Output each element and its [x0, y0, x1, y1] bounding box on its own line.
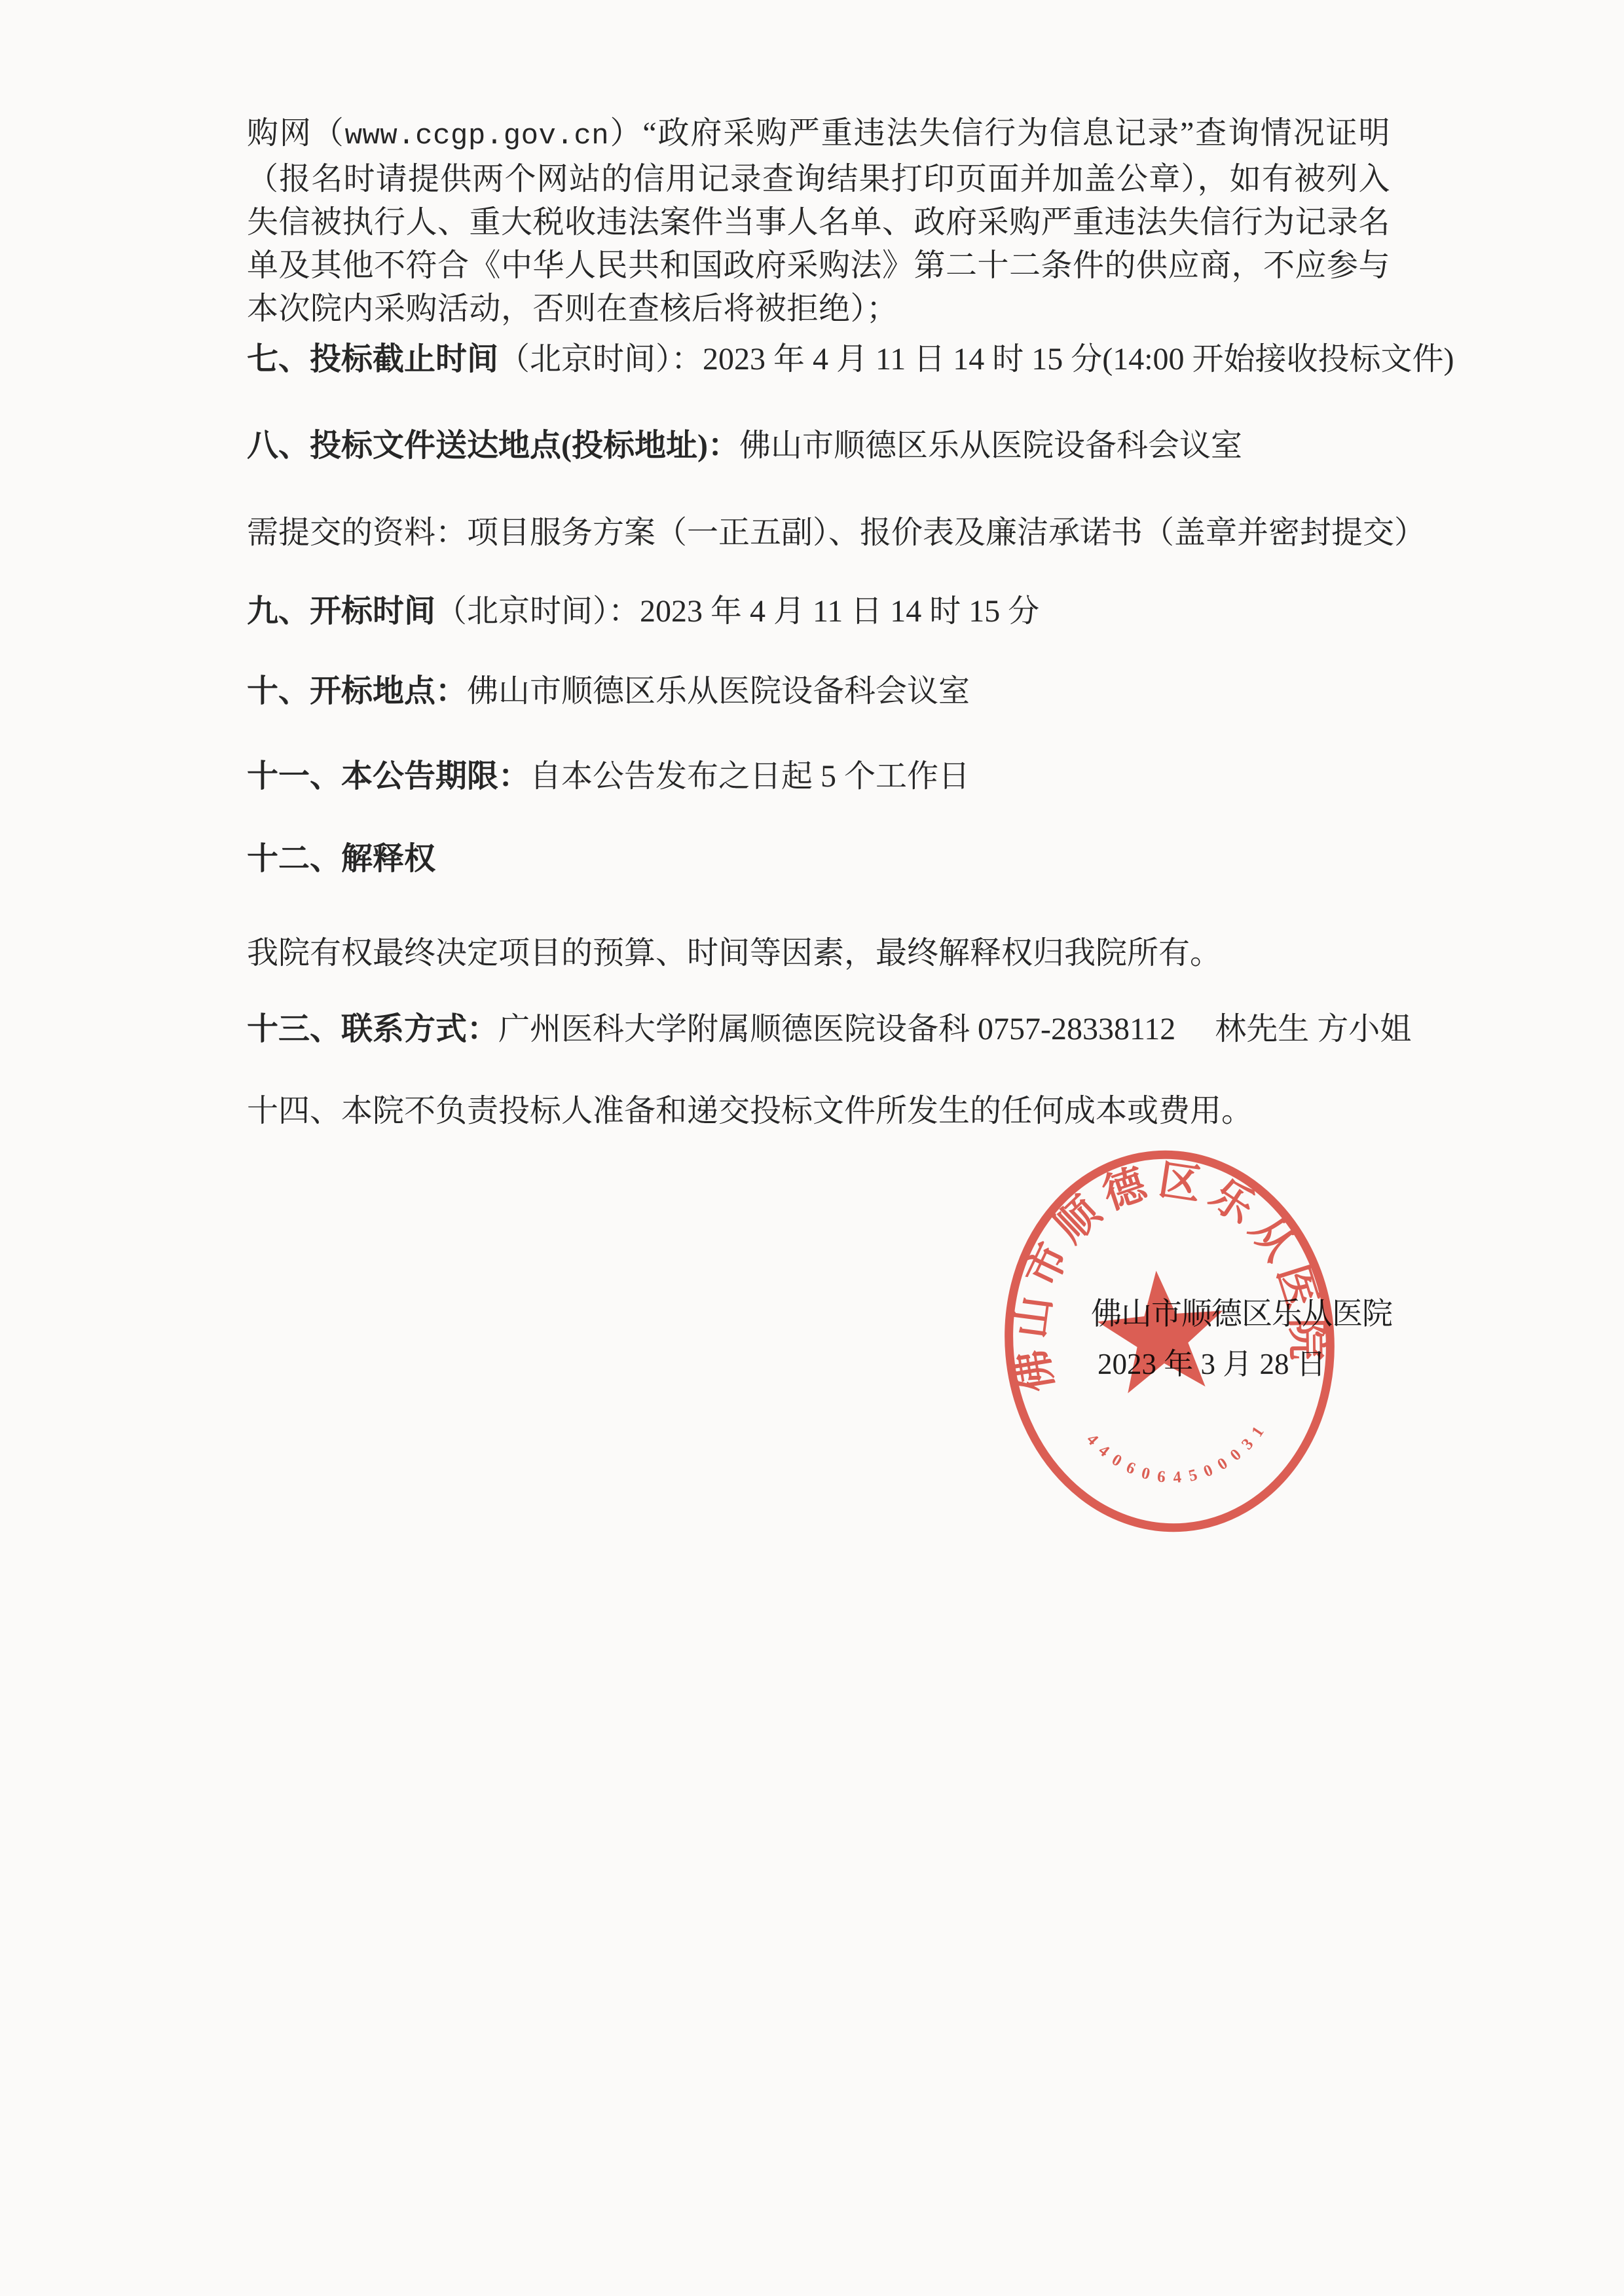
section-notice-period: 十一、本公告期限：自本公告发布之日起 5 个工作日 — [247, 755, 970, 798]
section-bid-deadline: 七、投标截止时间（北京时间）：2023 年 4 月 11 日 14 时 15 分… — [247, 338, 1454, 380]
section-content: （北京时间）：2023 年 4 月 11 日 14 时 15 分(14:00 开… — [498, 342, 1454, 377]
section-heading: 十三、联系方式： — [247, 1012, 498, 1046]
section-heading: 十二、解释权 — [247, 842, 435, 876]
section-interpretation-right: 十二、解释权 — [247, 838, 435, 880]
intro-paragraph: 购网（www.ccgp.gov.cn）“政府采购严重违法失信行为信息记录”查询情… — [247, 112, 1390, 331]
section-interpretation-body: 我院有权最终决定项目的预算、时间等因素，最终解释权归我院所有。 — [247, 932, 1221, 974]
section-opening-place: 十、开标地点：佛山市顺德区乐从医院设备科会议室 — [247, 670, 970, 713]
section-content: 佛山市顺德区乐从医院设备科会议室 — [467, 674, 970, 709]
section-content: 佛山市顺德区乐从医院设备科会议室 — [739, 428, 1242, 463]
document-page: 购网（www.ccgp.gov.cn）“政府采购严重违法失信行为信息记录”查询情… — [0, 0, 1624, 2296]
stamp-star-icon — [1094, 1265, 1229, 1396]
section-heading: 九、开标时间 — [247, 594, 435, 629]
section-heading: 十、开标地点： — [247, 674, 467, 709]
section-heading: 七、投标截止时间 — [247, 342, 498, 377]
official-stamp-icon: 佛山市顺德区乐从医院 4406064500031 — [984, 1132, 1355, 1551]
section-contact-info: 十三、联系方式：广州医科大学附属顺德医院设备科 0757-28338112 林先… — [247, 1008, 1411, 1050]
section-opening-time: 九、开标时间（北京时间）：2023 年 4 月 11 日 14 时 15 分 — [247, 590, 1039, 633]
section-content: 我院有权最终决定项目的预算、时间等因素，最终解释权归我院所有。 — [247, 936, 1221, 971]
section-content: 自本公告发布之日起 5 个工作日 — [530, 759, 970, 794]
section-heading: 八、投标文件送达地点(投标地址)： — [247, 428, 739, 463]
section-content: 需提交的资料：项目服务方案（一正五副）、报价表及廉洁承诺书（盖章并密封提交） — [247, 515, 1426, 550]
intro-text-prefix: 购网（ — [247, 116, 345, 151]
procurement-site-url: www.ccgp.gov.cn — [345, 120, 610, 153]
section-content: （北京时间）：2023 年 4 月 11 日 14 时 15 分 — [435, 594, 1039, 629]
stamp-serial-code: 4406064500031 — [1082, 1415, 1277, 1494]
section-delivery-address: 八、投标文件送达地点(投标地址)：佛山市顺德区乐从医院设备科会议室 — [247, 424, 1242, 467]
section-cost-disclaimer: 十四、本院不负责投标人准备和递交投标文件所发生的任何成本或费用。 — [247, 1090, 1253, 1132]
section-heading: 十一、本公告期限： — [247, 759, 530, 794]
section-content: 广州医科大学附属顺德医院设备科 0757-28338112 林先生 方小姐 — [498, 1012, 1411, 1046]
section-content: 十四、本院不负责投标人准备和递交投标文件所发生的任何成本或费用。 — [247, 1094, 1253, 1128]
section-required-documents: 需提交的资料：项目服务方案（一正五副）、报价表及廉洁承诺书（盖章并密封提交） — [247, 511, 1426, 554]
